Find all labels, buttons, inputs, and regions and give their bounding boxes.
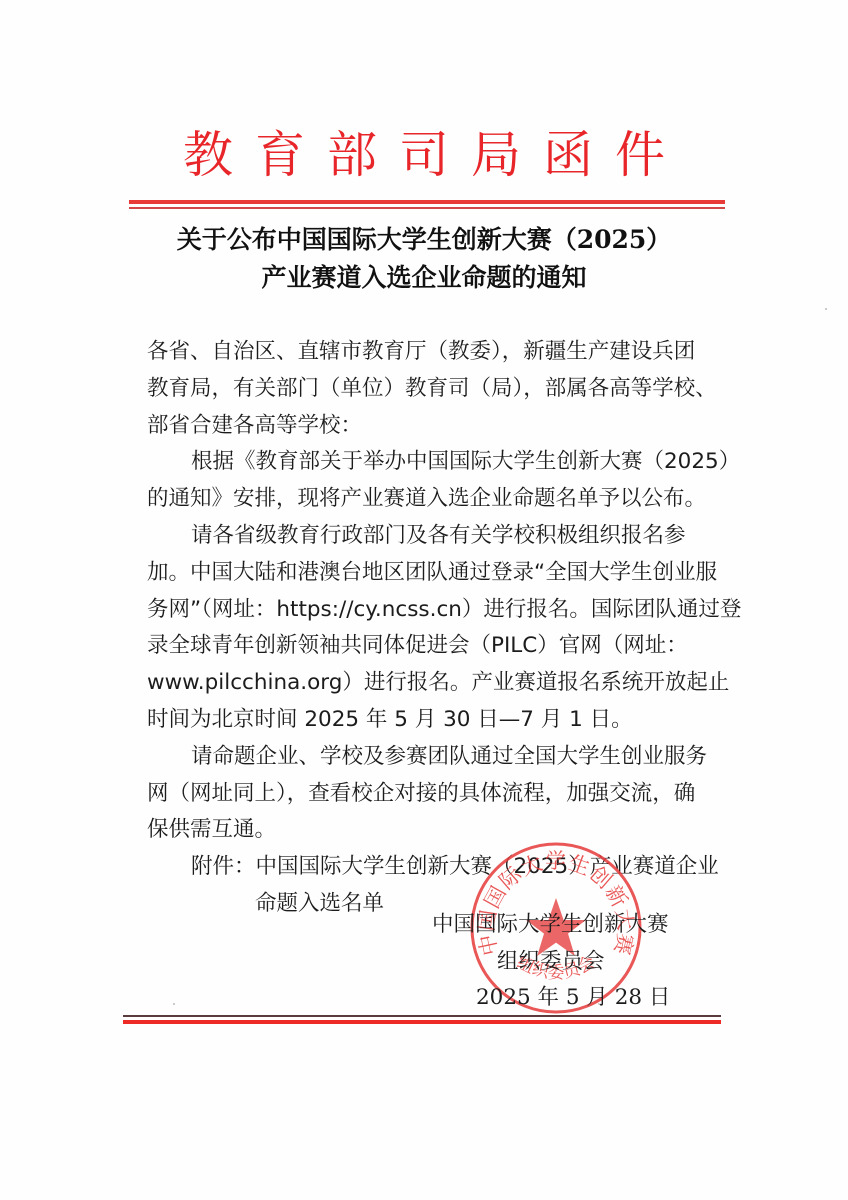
paragraph-line: 加。中国大陆和港澳台地区团队通过登录“全国大学生创业服 [147, 555, 727, 592]
header-rule-thin [129, 207, 725, 209]
document-title: 关于公布中国国际大学生创新大赛（2025） 产业赛道入选企业命题的通知 [0, 221, 848, 297]
salutation-line: 各省、自治区、直辖市教育厅（教委），新疆生产建设兵团 [147, 334, 727, 371]
document-page: 教育部司局函件 关于公布中国国际大学生创新大赛（2025） 产业赛道入选企业命题… [0, 0, 848, 1200]
document-title-line-2: 产业赛道入选企业命题的通知 [0, 259, 848, 297]
paragraph-line: 时间为北京时间 2025 年 5 月 30 日—7 月 1 日。 [147, 702, 727, 739]
scan-speck [825, 308, 827, 310]
seal-bottom-text: 组织委员会 [514, 953, 599, 983]
star-icon [526, 898, 586, 956]
document-body: 各省、自治区、直辖市教育厅（教委），新疆生产建设兵团 教育局，有关部门（单位）教… [147, 334, 727, 923]
paragraph-line: 根据《教育部关于举办中国国际大学生创新大赛（2025） [147, 444, 727, 481]
masthead-title: 教育部司局函件 [161, 125, 687, 185]
paragraph-line: 请命题企业、学校及参赛团队通过全国大学生创业服务 [147, 739, 727, 776]
salutation-line: 教育局，有关部门（单位）教育司（局），部属各高等学校、 [147, 371, 727, 408]
paragraph-line: 网（网址同上），查看校企对接的具体流程，加强交流，确 [147, 776, 727, 813]
footer-rule-thick [123, 1020, 721, 1024]
header-rule-thick [129, 200, 725, 204]
document-title-line-1: 关于公布中国国际大学生创新大赛（2025） [0, 221, 848, 259]
masthead: 教育部司局函件 [0, 125, 848, 185]
paragraph-line: 务网”（网址：https://cy.ncss.cn）进行报名。国际团队通过登 [147, 592, 727, 629]
scan-speck [173, 1003, 175, 1005]
attachment-label: 附件： [191, 854, 256, 879]
paragraph-line: 请各省级教育行政部门及各有关学校积极组织报名参 [147, 518, 727, 555]
paragraph-line: 录全球青年创新领袖共同体促进会（PILC）官网（网址： [147, 628, 727, 665]
salutation-line: 部省合建各高等学校： [147, 408, 727, 445]
paragraph-line: www.pilcchina.org）进行报名。产业赛道报名系统开放起止 [147, 665, 727, 702]
official-seal: 中国国际大学生创新大赛 组织委员会 [468, 840, 644, 1016]
paragraph-line: 的通知》安排，现将产业赛道入选企业命题名单予以公布。 [147, 481, 727, 518]
svg-text:组织委员会: 组织委员会 [514, 953, 599, 983]
